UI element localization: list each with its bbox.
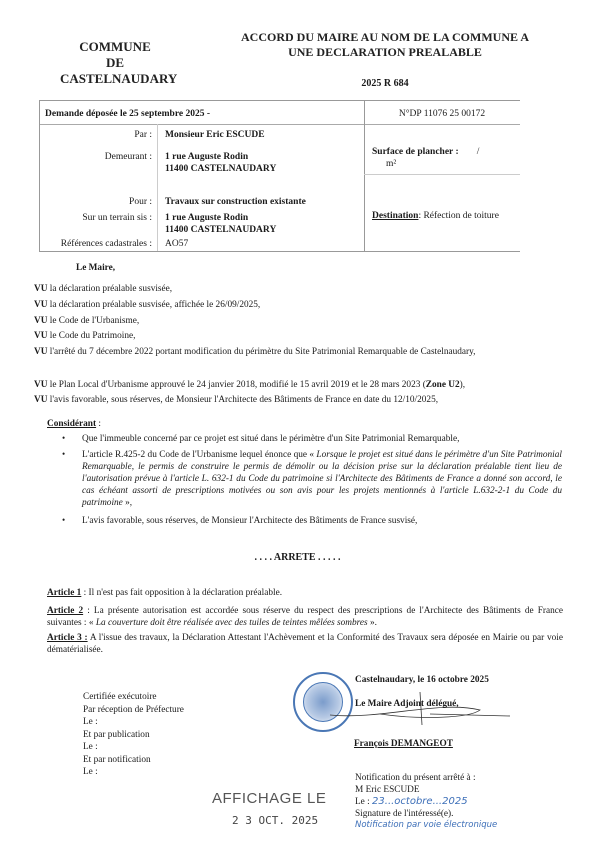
dp-number: N°DP 11076 25 00172 xyxy=(364,108,520,120)
article-label: Article 2 xyxy=(47,606,83,616)
place-date: Castelnaudary, le 16 octobre 2025 xyxy=(355,674,489,686)
article-item: Article 2 : La présente autorisation est… xyxy=(47,605,563,629)
considerant-text: L'article R.425-2 du Code de l'Urbanisme… xyxy=(82,450,316,460)
vu-item: VU l'avis favorable, sous réserves, de M… xyxy=(34,394,562,406)
vu-item: VU la déclaration préalable susvisée, xyxy=(34,283,562,295)
bullet-icon: • xyxy=(62,515,65,525)
certification-line: Certifiée exécutoire xyxy=(83,691,157,703)
title-line: ACCORD DU MAIRE AU NOM DE LA COMMUNE A xyxy=(200,30,570,45)
vu-item: VU l'arrêté du 7 décembre 2022 portant m… xyxy=(34,346,562,358)
vu-lead: VU xyxy=(34,300,47,310)
vu-text: le Plan Local d'Urbanisme approuvé le 24… xyxy=(47,380,425,390)
vu-item: VU le Plan Local d'Urbanisme approuvé le… xyxy=(34,379,562,391)
notification-date-row: Le : 23...octobre...2025 xyxy=(355,796,468,808)
considerant-tail: », xyxy=(123,498,132,508)
divider xyxy=(40,124,520,125)
deposit-date: Demande déposée le 25 septembre 2025 - xyxy=(45,108,210,120)
title-line: UNE DECLARATION PREALABLE xyxy=(200,45,570,60)
bullet-icon: • xyxy=(62,433,65,443)
par-label: Par : xyxy=(42,129,152,141)
considerant-text: L'avis favorable, sous réserves, de Mons… xyxy=(82,516,417,526)
cadastre-label: Références cadastrales : xyxy=(42,238,152,250)
vu-zone: Zone U2 xyxy=(426,380,460,390)
destination-value: : Réfection de toiture xyxy=(418,211,498,221)
article-tail: ». xyxy=(368,618,377,628)
certification-line: Et par publication xyxy=(83,729,150,741)
article-text: A l'issue des travaux, la Déclaration At… xyxy=(47,633,563,655)
par-value: Monsieur Eric ESCUDE xyxy=(165,129,265,141)
vu-item: VU la déclaration préalable susvisée, af… xyxy=(34,299,562,311)
vu-text: l'avis favorable, sous réserves, de Mons… xyxy=(47,395,438,405)
address-line: 11400 CASTELNAUDARY xyxy=(165,224,276,236)
demeurant-value: 1 rue Auguste Rodin 11400 CASTELNAUDARY xyxy=(165,151,276,175)
certification-line: Le : xyxy=(83,741,98,753)
considerant-item: L'avis favorable, sous réserves, de Mons… xyxy=(82,515,562,527)
handwritten-date: 23...octobre...2025 xyxy=(372,796,468,807)
vu-item: VU le Code du Patrimoine, xyxy=(34,330,562,342)
reference-number: 2025 R 684 xyxy=(330,78,440,89)
arrete-heading: . . . . ARRETE . . . . . xyxy=(0,552,595,564)
destination-row: Destination: Réfection de toiture xyxy=(372,210,499,222)
address-line: 1 rue Auguste Rodin xyxy=(165,212,276,224)
affichage-stamp-label: AFFICHAGE LE xyxy=(212,790,326,807)
maire-heading: Le Maire, xyxy=(76,262,115,274)
notification-line: Notification du présent arrêté à : xyxy=(355,772,476,784)
notification-recipient: M Eric ESCUDE xyxy=(355,784,420,796)
document-title: ACCORD DU MAIRE AU NOM DE LA COMMUNE A U… xyxy=(200,30,570,60)
pour-label: Pour : xyxy=(42,196,152,208)
vu-item: VU le Code de l'Urbanisme, xyxy=(34,315,562,327)
vu-lead: VU xyxy=(34,316,47,326)
commune-line: DE xyxy=(60,55,170,71)
address-line: 1 rue Auguste Rodin xyxy=(165,151,276,163)
vu-lead: VU xyxy=(34,331,47,341)
article-text: : Il n'est pas fait opposition à la décl… xyxy=(81,588,282,598)
divider xyxy=(157,124,158,251)
vu-lead: VU xyxy=(34,380,47,390)
vu-text: la déclaration préalable susvisée, xyxy=(47,284,172,294)
cadastre-value: AO57 xyxy=(165,238,188,250)
le-label: Le : xyxy=(355,797,370,807)
commune-line: COMMUNE xyxy=(60,39,170,55)
considerant-text: Que l'immeuble concerné par ce projet es… xyxy=(82,434,459,444)
vu-text: le Code de l'Urbanisme, xyxy=(47,316,139,326)
vu-text: l'arrêté du 7 décembre 2022 portant modi… xyxy=(47,347,475,357)
request-table: Demande déposée le 25 septembre 2025 - N… xyxy=(39,100,520,252)
vu-text: le Code du Patrimoine, xyxy=(47,331,135,341)
bullet-icon: • xyxy=(62,449,65,459)
surface-label: Surface de plancher : xyxy=(372,147,459,157)
surface-value: / xyxy=(461,146,495,158)
certification-line: Et par notification xyxy=(83,754,151,766)
handwritten-note: Notification par voie électronique xyxy=(355,819,497,831)
considerant-heading: Considérant : xyxy=(47,418,101,430)
commune-line: CASTELNAUDARY xyxy=(60,71,170,87)
surface-row: Surface de plancher : / m² xyxy=(372,146,520,170)
commune-name: COMMUNE DE CASTELNAUDARY xyxy=(60,39,170,87)
certification-line: Par réception de Préfecture xyxy=(83,704,184,716)
signatory-role: Le Maire Adjoint délégué, xyxy=(355,698,459,710)
colon: : xyxy=(96,419,101,429)
article-item: Article 3 : A l'issue des travaux, la Dé… xyxy=(47,632,563,656)
vu-lead: VU xyxy=(34,347,47,357)
certification-line: Le : xyxy=(83,716,98,728)
terrain-label: Sur un terrain sis : xyxy=(42,212,152,224)
article-label: Article 1 xyxy=(47,588,81,598)
pour-value: Travaux sur construction existante xyxy=(165,196,306,208)
certification-line: Le : xyxy=(83,766,98,778)
vu-text: la déclaration préalable susvisée, affic… xyxy=(47,300,260,310)
destination-label: Destination xyxy=(372,211,418,221)
considerant-item: Que l'immeuble concerné par ce projet es… xyxy=(82,433,562,445)
surface-unit: m² xyxy=(386,159,396,169)
considerant-label: Considérant xyxy=(47,419,96,429)
considerant-item: L'article R.425-2 du Code de l'Urbanisme… xyxy=(82,449,562,509)
terrain-value: 1 rue Auguste Rodin 11400 CASTELNAUDARY xyxy=(165,212,276,236)
affichage-stamp-date: 2 3 OCT. 2025 xyxy=(232,814,318,827)
vu-lead: VU xyxy=(34,395,47,405)
address-line: 11400 CASTELNAUDARY xyxy=(165,163,276,175)
demeurant-label: Demeurant : xyxy=(42,151,152,163)
article-quote: La couverture doit être réalisée avec de… xyxy=(96,618,368,628)
signatory-name: François DEMANGEOT xyxy=(354,738,453,750)
divider xyxy=(364,174,520,175)
article-label: Article 3 : xyxy=(47,633,88,643)
article-item: Article 1 : Il n'est pas fait opposition… xyxy=(47,587,563,599)
vu-lead: VU xyxy=(34,284,47,294)
divider xyxy=(364,101,365,251)
vu-tail: ), xyxy=(460,380,465,390)
handwritten-signature-icon xyxy=(320,690,520,730)
